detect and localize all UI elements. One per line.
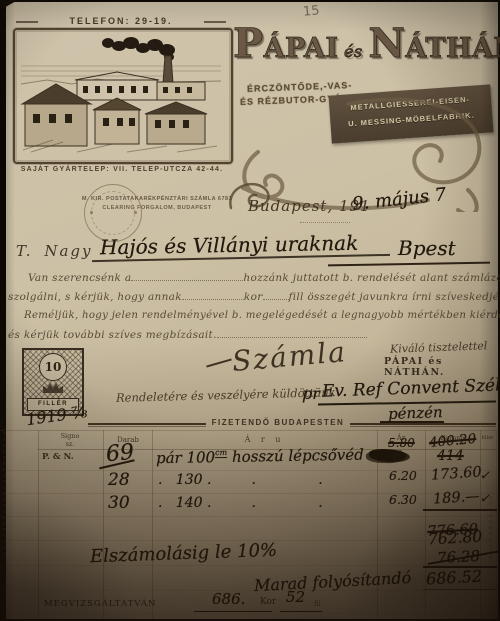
company-name: PÁPAI és NÁTHÁN (233, 16, 500, 74)
table-rule (0, 470, 497, 471)
closing-company: PÁPAI és NÁTHÁN. (384, 356, 500, 378)
factory-address-caption: SAJÁT GYÁRTELEP: VII. TELEP-UTCZA 42-44. (20, 166, 224, 173)
addressee-city: Bpest (398, 236, 456, 260)
amount: 189.— (432, 488, 480, 507)
table-rule (0, 430, 497, 431)
company-name-initial: N (368, 20, 405, 67)
row-quantity: 30 (108, 493, 130, 513)
unit-price: 6.30 (389, 492, 417, 507)
frame-ornament (16, 21, 38, 23)
table-rule (0, 613, 497, 614)
consignee-note: pénzén (388, 403, 443, 423)
margin-imprint-left (3, 432, 6, 554)
table-rule (0, 493, 497, 494)
col-header-filler: fillér (478, 435, 497, 441)
col-header-goods: Á r u (152, 435, 377, 444)
row-quantity: 28 (108, 470, 130, 490)
payable-banner: FIZETENDŐ BUDAPESTEN (203, 418, 353, 427)
amount-corrected-struck: 414 (437, 448, 464, 464)
shipping-per: pr (302, 384, 320, 403)
table-rule (0, 590, 497, 591)
checkmark-icon: ✓ (479, 467, 493, 484)
crown-icon (43, 381, 63, 393)
unit-price-corrected: 6 (393, 449, 402, 465)
underline (194, 611, 272, 612)
row-description-ditto: . 130 . . . (158, 472, 323, 488)
discount-value: 76.28 (437, 547, 481, 567)
verified-amount: 686. (212, 590, 245, 608)
blank-line (182, 290, 244, 300)
verified-currency: Kor (260, 597, 276, 607)
row-signo: P. & N. (42, 452, 74, 462)
row-quantity: 69 (105, 440, 135, 467)
subtotal: 762.80 (428, 528, 483, 549)
row-description-ditto: . 140 . . . (158, 495, 323, 511)
frame-ornament (204, 21, 226, 23)
col-header-signo2: sz. (44, 440, 96, 448)
remainder-rule (423, 589, 497, 590)
dateline-subnote (300, 222, 350, 223)
addressee-salutation: T. Nagy (16, 242, 92, 260)
telephone-number: TELEFON: 29-19. (40, 16, 202, 26)
verified-label: MEGVIZSGÁLTATVÁN (44, 599, 157, 609)
verified-filler-unit: fil (314, 600, 321, 608)
unit-price: 6.20 (389, 468, 417, 483)
revenue-stamp-value: 10 (39, 353, 67, 381)
blank-line (131, 271, 243, 281)
underline (280, 611, 322, 612)
margin-imprint-right (489, 496, 492, 562)
unit-price-struck: 5.80 (388, 436, 415, 450)
col-header-signo: Signo (44, 432, 96, 440)
body-line1: Van szerencsénk ahozzánk juttatott b. re… (28, 271, 500, 284)
factory-engraving (17, 32, 225, 156)
company-name-initial: P (233, 20, 264, 67)
banner-rule-right (350, 423, 496, 427)
remainder-value: 686.52 (426, 567, 483, 589)
body-line3: Reméljük, hogy jelen rendelményével b. m… (24, 310, 500, 321)
scanned-invoice-page: 15 TELEFON: 29-19. (0, 0, 500, 621)
table-rule (0, 516, 497, 517)
body-line2: szolgálni, s kérjük, hogy annakkorfill ö… (8, 290, 500, 303)
banner-rule-left (88, 423, 206, 427)
blank-line (263, 290, 289, 300)
stamp-dot (90, 211, 93, 214)
unit-superscript: cm (215, 448, 227, 458)
stamp-dot (134, 211, 137, 214)
verified-filler: 52 (286, 588, 305, 606)
sum-rule (423, 509, 497, 511)
